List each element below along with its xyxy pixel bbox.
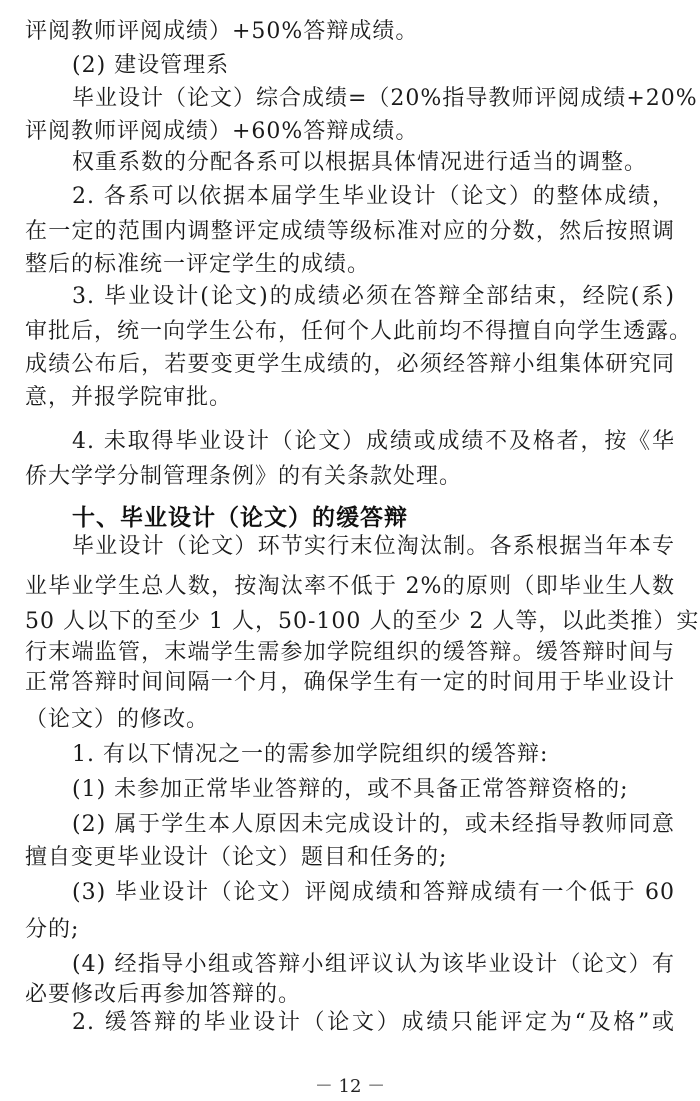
text-line: 必要修改后再参加答辩的。 <box>25 980 675 1010</box>
text-line: 评阅教师评阅成绩）+60%答辩成绩。 <box>25 117 675 147</box>
text-line: 4. 未取得毕业设计（论文）成绩或成绩不及格者，按《华 <box>72 427 675 457</box>
text-line: 审批后，统一向学生公布，任何个人此前均不得擅自向学生透露。 <box>25 317 675 347</box>
text-line: 权重系数的分配各系可以根据具体情况进行适当的调整。 <box>72 148 675 178</box>
text-line: 行末端监管，末端学生需参加学院组织的缓答辩。缓答辩时间与 <box>25 638 675 668</box>
text-line: 50 人以下的至少 1 人，50-100 人的至少 2 人等，以此类推）实 <box>25 607 675 637</box>
text-line: (3) 毕业设计（论文）评阅成绩和答辩成绩有一个低于 60 <box>72 878 675 908</box>
text-line: (2) 建设管理系 <box>72 51 675 81</box>
text-line: 整后的标准统一评定学生的成绩。 <box>25 250 675 280</box>
text-line: 2. 各系可以依据本届学生毕业设计（论文）的整体成绩， <box>72 182 675 212</box>
text-line: (4) 经指导小组或答辩小组评议认为该毕业设计（论文）有 <box>72 950 675 980</box>
text-line: 意，并报学院审批。 <box>25 383 675 413</box>
text-line: 在一定的范围内调整评定成绩等级标准对应的分数，然后按照调 <box>25 217 675 247</box>
text-line: (2) 属于学生本人原因未完成设计的，或未经指导教师同意 <box>72 810 675 840</box>
text-line: 2. 缓答辩的毕业设计（论文）成绩只能评定为“及格”或 <box>72 1008 675 1038</box>
text-line: 业毕业学生总人数，按淘汰率不低于 2%的原则（即毕业生人数 <box>25 572 675 602</box>
text-line: 正常答辩时间间隔一个月，确保学生有一定的时间用于毕业设计 <box>25 668 675 698</box>
text-line: 分的; <box>25 915 675 945</box>
text-line: 3. 毕业设计(论文)的成绩必须在答辩全部结束，经院(系) <box>72 282 675 312</box>
text-line: 擅自变更毕业设计（论文）题目和任务的; <box>25 843 675 873</box>
text-line: 侨大学学分制管理条例》的有关条款处理。 <box>25 462 675 492</box>
text-line: 成绩公布后，若要变更学生成绩的，必须经答辩小组集体研究同 <box>25 350 675 380</box>
page-number: － 12 － <box>0 1075 700 1099</box>
text-line: 毕业设计（论文）综合成绩=（20%指导教师评阅成绩+20% <box>72 84 675 114</box>
text-line: （论文）的修改。 <box>25 705 675 735</box>
text-line: 1. 有以下情况之一的需参加学院组织的缓答辩: <box>72 740 675 770</box>
section-heading: 十、毕业设计（论文）的缓答辩 <box>72 503 675 533</box>
document-page: 评阅教师评阅成绩）+50%答辩成绩。(2) 建设管理系毕业设计（论文）综合成绩=… <box>0 0 700 1101</box>
text-line: 毕业设计（论文）环节实行末位淘汰制。各系根据当年本专 <box>72 532 675 562</box>
text-line: 评阅教师评阅成绩）+50%答辩成绩。 <box>25 17 675 47</box>
text-line: (1) 未参加正常毕业答辩的，或不具备正常答辩资格的; <box>72 775 675 805</box>
